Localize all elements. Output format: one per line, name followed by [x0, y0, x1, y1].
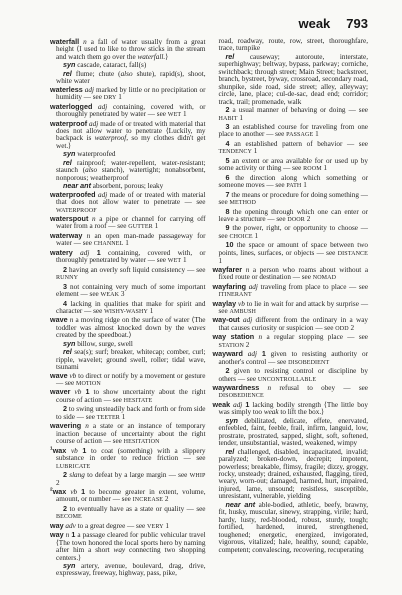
- cross-reference: WET: [168, 112, 181, 118]
- cross-reference: CHANNEL: [94, 241, 124, 247]
- entry-paragraph: wave n a moving ridge on the surface of …: [50, 316, 206, 339]
- sub-paragraph: 7 the means or procedure for doing somet…: [213, 191, 369, 208]
- entry-paragraph: way-out adj different from the ordinary …: [213, 316, 369, 333]
- text-run: able-bodied, athletic, beefy, brawny, fi…: [219, 501, 369, 554]
- italic-text: weak: [264, 408, 279, 416]
- cross-reference: DISTANCE: [338, 251, 368, 257]
- sub-paragraph: 3 not containing very much of some impor…: [50, 283, 206, 300]
- thesaurus-page: weak 793 waterfall n a fall of water usu…: [0, 0, 402, 595]
- entry-paragraph: waterproof adj made of or treated with m…: [50, 120, 206, 151]
- text-run: 1: [116, 93, 121, 101]
- cross-reference: DISOBEDIENCE: [219, 393, 264, 399]
- text-run: not containing very much of some importa…: [56, 283, 206, 298]
- entry-paragraph: wavering n a state or an instance of tem…: [50, 422, 206, 446]
- italic-text: slang: [69, 471, 85, 479]
- entry-paragraph: weak adj 1 lacking bodily strength ⟨The …: [213, 401, 369, 417]
- sub-paragraph: 8 the opening through which one can ente…: [213, 208, 369, 225]
- text-run: 1: [123, 239, 128, 247]
- sub-paragraph: 6 the direction along which something or…: [213, 174, 369, 191]
- entry-paragraph: wayfaring adj traveling from place to pl…: [213, 283, 369, 300]
- sub-paragraph: rel rainproof; water-repellent, water-re…: [50, 159, 206, 182]
- sub-paragraph: 4 an established pattern of behavior — s…: [213, 140, 369, 157]
- text-run: cascade, cataract, fall(s): [75, 61, 146, 69]
- italic-text: also: [121, 70, 133, 78]
- sub-paragraph: syn billow, surge, swell: [50, 340, 206, 348]
- cross-reference: DRY: [104, 95, 117, 101]
- cross-reference: AMBUSH: [229, 309, 256, 315]
- cross-reference: UNCONTROLLABLE: [258, 377, 316, 383]
- sub-paragraph: 3 an established course for traveling fr…: [213, 123, 369, 140]
- sub-paragraph: near ant able-bodied, athletic, beefy, b…: [213, 501, 369, 554]
- text-run: 2: [305, 215, 310, 223]
- text-run: 2: [163, 495, 168, 503]
- cross-reference: METHOD: [229, 200, 256, 206]
- text-run: traveling from place to place — see: [258, 283, 368, 291]
- part-of-speech-label: adj: [249, 283, 258, 291]
- entry-paragraph: watery adj 1 containing, covered with, o…: [50, 249, 206, 266]
- italic-text: way: [114, 546, 126, 554]
- cross-reference: TENDENCY: [219, 149, 252, 155]
- entry-paragraph: wayward adj 1 given to resisting authori…: [213, 350, 369, 367]
- cross-reference: GUTTER: [128, 224, 153, 230]
- text-run: refusal to obey — see: [271, 384, 368, 392]
- cross-reference: PASSAGE: [286, 132, 313, 138]
- entry-paragraph: waterspout n a pipe or channel for carry…: [50, 215, 206, 232]
- cross-reference: RUNNY: [56, 275, 78, 281]
- entry-paragraph: wayfarer n a person who roams about with…: [213, 266, 369, 283]
- cross-reference: WATERPROOF: [56, 208, 97, 214]
- cross-reference: ROOM: [303, 166, 322, 172]
- cross-reference: LUBRICATE: [56, 464, 90, 470]
- sub-paragraph: rel sea(s); surf; breaker, whitecap; com…: [50, 348, 206, 371]
- cross-reference: ODD: [335, 326, 348, 332]
- text-run: 1: [252, 147, 257, 155]
- sub-paragraph: 2 slang to defeat by a large margin — se…: [50, 471, 206, 488]
- sub-paragraph: 4 lacking in qualities that make for spi…: [50, 300, 206, 317]
- text-run: an established pattern of behavior — see: [230, 140, 369, 148]
- text-run: to defeat by a large margin — see: [85, 471, 190, 479]
- cross-reference: WET: [168, 258, 181, 264]
- cross-reference: TEETER: [97, 415, 120, 421]
- cross-reference: NOMAD: [313, 275, 336, 281]
- text-run: [259, 384, 267, 392]
- text-run: 1: [120, 413, 125, 421]
- sub-paragraph: 5 an extent or area available for or use…: [213, 157, 369, 174]
- cross-reference: WEAK: [101, 292, 120, 298]
- text-run: an extent or area available for or used …: [219, 157, 369, 172]
- text-run: 2: [349, 324, 354, 332]
- sub-paragraph: syn waterproofed: [50, 150, 206, 158]
- text-run: having an overly soft liquid consistency…: [67, 266, 206, 274]
- text-run: 1: [181, 110, 186, 118]
- text-run: 1: [148, 307, 153, 315]
- text-run: 1: [153, 222, 158, 230]
- cross-reference: BECOME: [56, 514, 82, 520]
- page-header: weak 793: [50, 16, 368, 31]
- sub-paragraph: rel challenged, disabled, incapacitated,…: [213, 448, 369, 501]
- cross-reference: CHOICE: [229, 234, 252, 240]
- cross-reference: ITINERANT: [219, 292, 252, 298]
- text-run: a regular stopping place — see: [262, 333, 368, 341]
- text-run: road, roadway, route, row, street, thoro…: [219, 37, 369, 52]
- sub-paragraph: 2 a usual manner of behaving or doing — …: [213, 106, 369, 123]
- text-run: sea(s); surf; breaker, whitecap; comber,…: [56, 348, 206, 371]
- cross-reference: WHIP: [190, 473, 206, 479]
- cross-reference: MOTION: [76, 381, 101, 387]
- sub-paragraph: 2 to swing unsteadily back and forth or …: [50, 405, 206, 422]
- cross-reference: WISHY-WASHY: [104, 309, 148, 315]
- text-run: 1: [181, 256, 186, 264]
- left-column: waterfall n a fall of water usually from…: [50, 38, 206, 578]
- headword: way: [50, 521, 64, 530]
- sub-paragraph: road, roadway, route, row, street, thoro…: [213, 38, 369, 53]
- text-run: 1: [164, 522, 169, 530]
- entry-paragraph: way station n a regular stopping place —…: [213, 333, 369, 350]
- cross-reference: STATION: [219, 343, 245, 349]
- italic-text: waterfall.: [137, 53, 165, 61]
- sub-paragraph: syn debilitated, delicate, effete, enerv…: [213, 417, 369, 448]
- sub-paragraph: syn cascade, cataract, fall(s): [50, 61, 206, 69]
- sub-paragraph: 9 the power, right, or opportunity to ch…: [213, 224, 369, 241]
- text-columns: waterfall n a fall of water usually from…: [50, 38, 368, 578]
- text-run: debilitated, delicate, effete, enervated…: [219, 417, 369, 447]
- text-run: causeway; autoroute, interstate, superhi…: [219, 53, 369, 106]
- sub-paragraph: 2 given to resisting control or discipli…: [213, 367, 369, 384]
- sub-paragraph: 10 the space or amount of space between …: [213, 241, 369, 265]
- sub-paragraph: syn artery, avenue, boulevard, drag, dri…: [50, 562, 206, 578]
- entry-paragraph: wave vb to direct or notify by a movemen…: [50, 372, 206, 389]
- text-run: to swing unsteadily back and forth or fr…: [56, 405, 206, 420]
- text-run: billow, surge, swell: [75, 340, 133, 348]
- text-run: challenged, disabled, incapacitated, inv…: [219, 448, 369, 501]
- text-run: artery, avenue, boulevard, drag, drive, …: [56, 562, 206, 577]
- cross-reference: DOOR: [287, 217, 305, 223]
- cross-reference: PATH: [286, 183, 301, 189]
- entry-paragraph: 1wax vb 1 to coat (something) with a sli…: [50, 447, 206, 471]
- cross-reference: INCREASE: [133, 497, 163, 503]
- entry-paragraph: waterless adj marked by little or no pre…: [50, 86, 206, 103]
- entry-paragraph: waylay vb to lie in wait for and attack …: [213, 300, 369, 317]
- text-run: to lift the box.⟩: [279, 408, 324, 416]
- entry-paragraph: waterlogged adj containing, covered with…: [50, 103, 206, 120]
- entry-paragraph: waterproofed adj made of or treated with…: [50, 191, 206, 215]
- text-run: to eventually have as a state or quality…: [67, 505, 206, 513]
- cross-reference: HESITATE: [124, 398, 153, 404]
- part-of-speech-label: adv: [65, 522, 75, 530]
- text-run: a usual manner of behaving or doing — se…: [230, 106, 369, 114]
- text-run: absorbent, porous; leaky: [91, 182, 163, 190]
- entry-paragraph: waterfall n a fall of water usually from…: [50, 38, 206, 61]
- part-of-speech-label: vb: [238, 300, 245, 308]
- cross-reference: HESITATION: [124, 439, 160, 445]
- guide-word: weak: [298, 16, 330, 31]
- entry-paragraph: waywardness n refusal to obey — see DISO…: [213, 384, 369, 401]
- italic-text: waves: [188, 324, 206, 332]
- sub-paragraph: 2 having an overly soft liquid consisten…: [50, 266, 206, 283]
- cross-reference: DISOBEDIENT: [288, 360, 329, 366]
- headword: waywardness: [213, 383, 260, 392]
- sub-paragraph: 2 to eventually have as a state or quali…: [50, 505, 206, 522]
- text-run: 1: [322, 164, 327, 172]
- text-run: to a great degree — see: [76, 522, 147, 530]
- page-number: 793: [346, 16, 368, 31]
- text-run: ⟩: [165, 53, 168, 61]
- sub-paragraph: rel flume; chute (also shute), rapid(s),…: [50, 70, 206, 86]
- text-run: 1: [301, 181, 306, 189]
- entry-paragraph: waver vb 1 to show uncertainty about the…: [50, 388, 206, 405]
- text-run: 1: [313, 130, 318, 138]
- text-run: 1: [238, 114, 243, 122]
- text-run: a moving ridge on the surface of water ⟨…: [56, 316, 206, 331]
- entry-paragraph: waterway n an open man-made passageway f…: [50, 232, 206, 249]
- cross-reference: VERY: [147, 524, 164, 530]
- right-column: road, roadway, route, row, street, thoro…: [213, 38, 369, 578]
- entry-paragraph: way n 1 a passage cleared for public veh…: [50, 531, 206, 562]
- text-run: 3: [119, 290, 124, 298]
- sub-paragraph: rel causeway; autoroute, interstate, sup…: [213, 53, 369, 106]
- headword: wayfaring: [213, 282, 247, 291]
- cross-reference: HABIT: [219, 116, 238, 122]
- text-run: 1: [253, 232, 258, 240]
- entry-paragraph: 2wax vb 1 to become greater in extent, v…: [50, 488, 206, 505]
- text-run: waterproofed: [75, 150, 115, 158]
- italic-text: waterproof,: [95, 134, 128, 142]
- text-run: 2: [244, 341, 249, 349]
